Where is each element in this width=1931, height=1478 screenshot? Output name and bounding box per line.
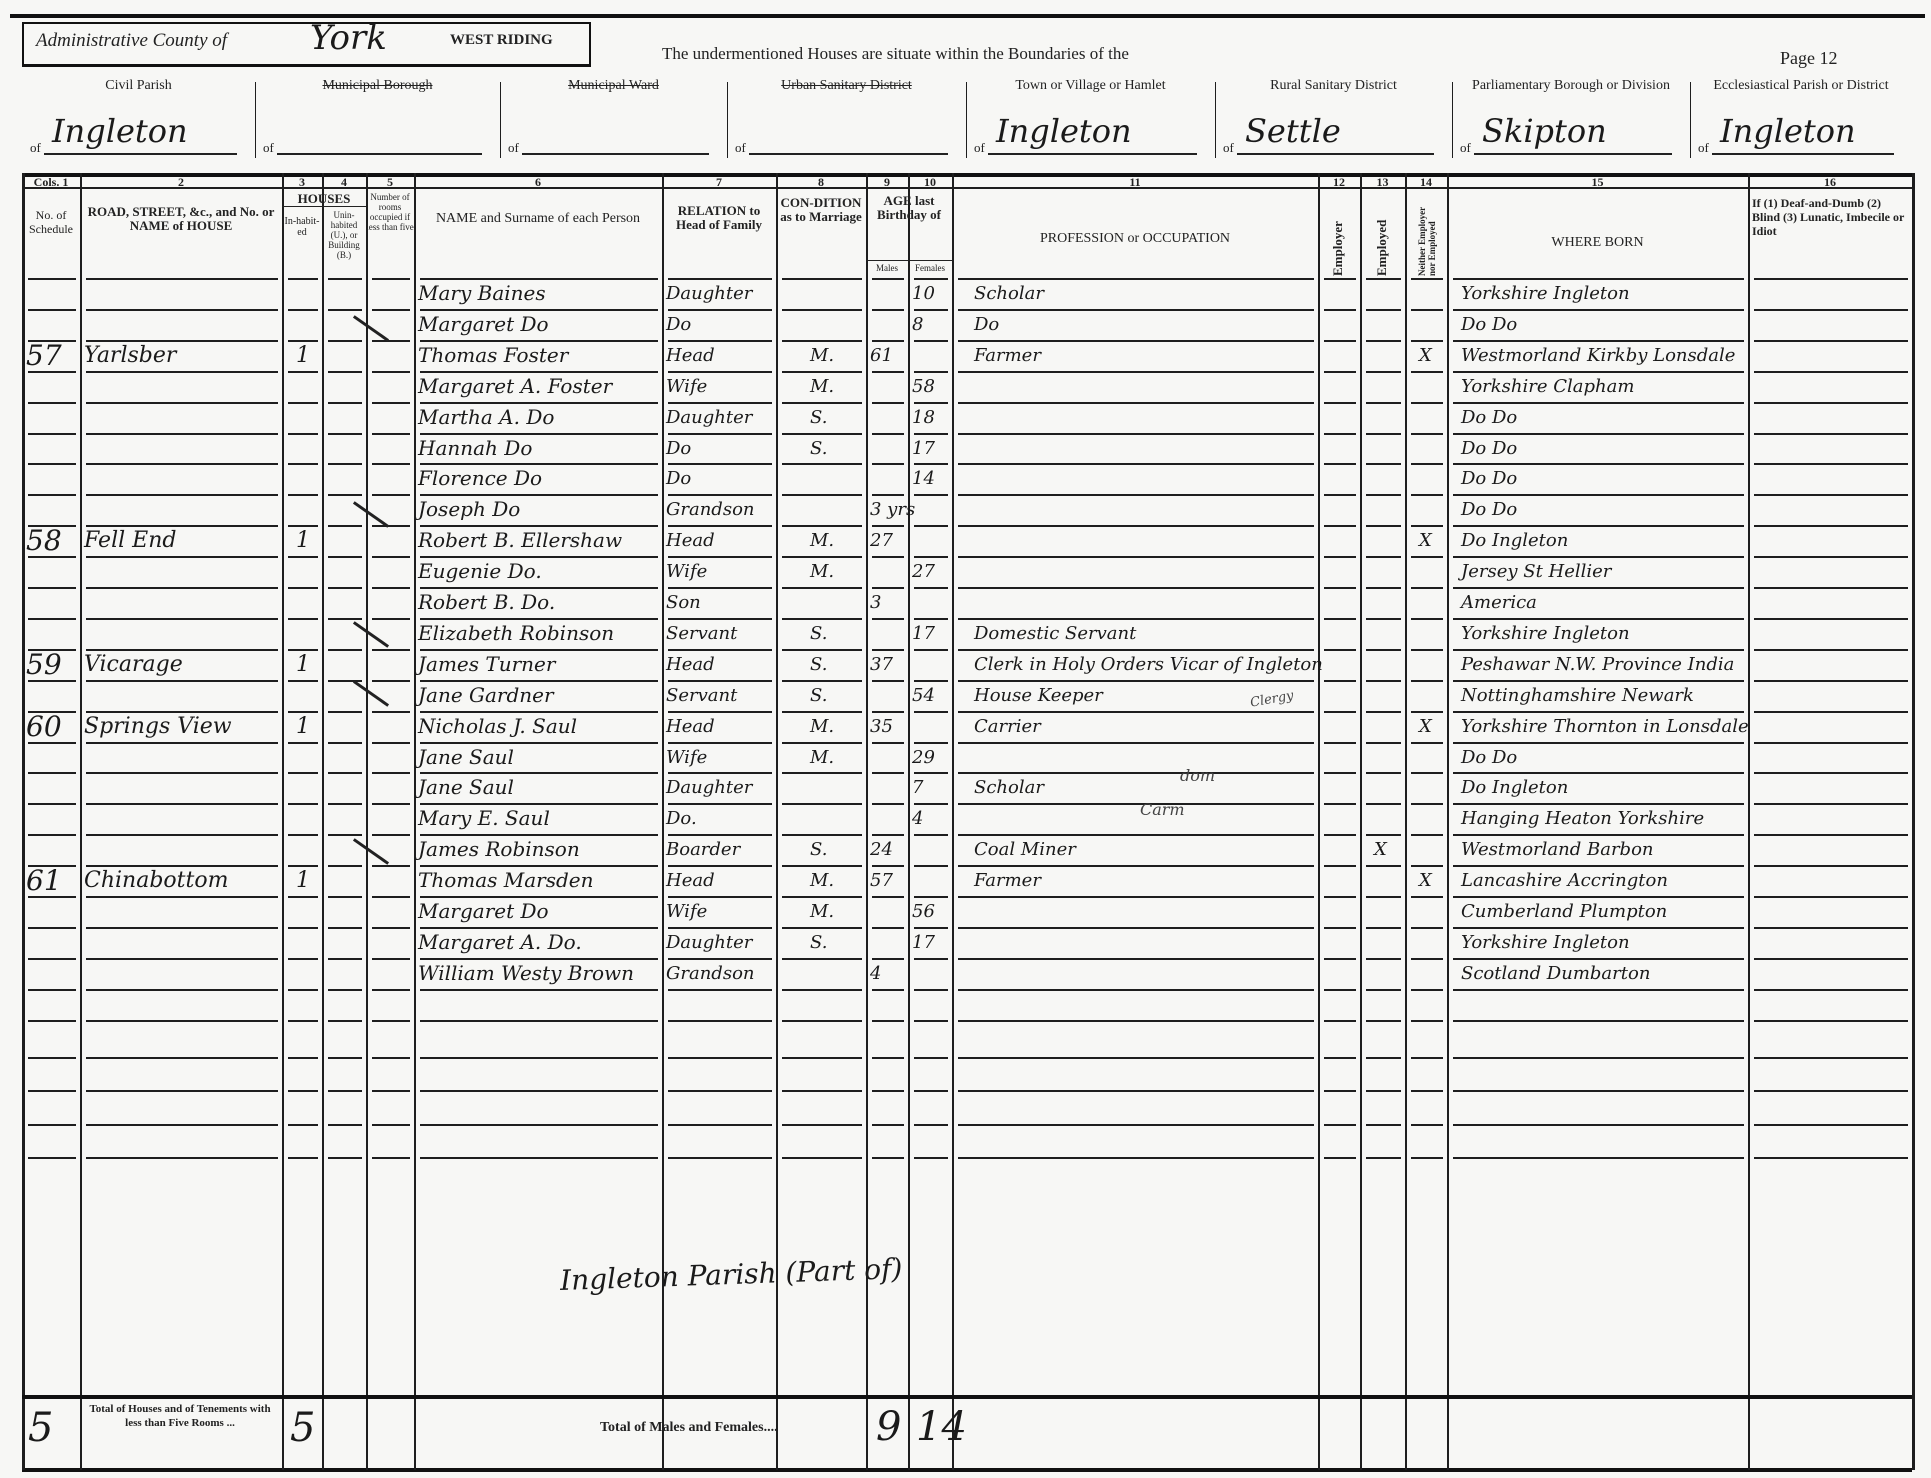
relation: Grandson (666, 958, 755, 989)
birthplace: Jersey St Hellier (1451, 556, 1611, 587)
of-label: of (263, 140, 274, 156)
census-page: Administrative County of York WEST RIDIN… (0, 0, 1931, 1478)
row-rule (668, 1057, 772, 1059)
male-age: 37 (870, 649, 893, 680)
birthplace: Yorkshire Thornton in Lonsdale (1451, 711, 1749, 742)
relation: Grandson (666, 494, 755, 525)
row-rule (328, 989, 362, 991)
row-rule (420, 1124, 658, 1126)
person-name: Margaret Do (418, 896, 549, 927)
column-number: 4 (322, 175, 366, 189)
marital-condition: M. (780, 525, 834, 556)
relation: Do (666, 463, 691, 494)
relation: Do. (666, 803, 697, 834)
row-rule (1453, 1157, 1744, 1159)
birthplace: Nottinghamshire Newark (1451, 680, 1694, 711)
females-total: 14 (916, 1404, 967, 1450)
birthplace: Lancashire Accrington (1451, 865, 1668, 896)
column-number: 2 (80, 175, 282, 189)
birthplace: Yorkshire Clapham (1451, 371, 1634, 402)
row-rule (328, 1090, 362, 1092)
row-rule (1324, 1090, 1356, 1092)
column-number: 13 (1360, 175, 1405, 189)
row-rule (28, 1090, 76, 1092)
row-rule (86, 1090, 278, 1092)
marital-condition: S. (780, 834, 827, 865)
row-rule (1366, 1157, 1401, 1159)
neither-mark: X (1409, 340, 1432, 371)
district-label: Ecclesiastical Parish or District (1690, 78, 1912, 93)
column-header-houses: HOUSES (282, 192, 366, 207)
female-age: 17 (912, 618, 935, 649)
female-age: 8 (912, 309, 923, 340)
birthplace: Yorkshire Ingleton (1451, 618, 1630, 649)
boundaries-intro: The undermentioned Houses are situate wi… (662, 44, 1129, 64)
row-rule (1411, 1124, 1443, 1126)
row-rule (28, 1020, 76, 1022)
table-row: Margaret A. FosterWifeM.58Yorkshire Clap… (0, 371, 1931, 402)
district-label: Town or Village or Hamlet (966, 78, 1215, 93)
inhabited-count: 1 (286, 525, 310, 556)
row-rule (86, 1124, 278, 1126)
occupation: Scholar (956, 772, 1044, 803)
column-header-road: ROAD, STREET, &c., and No. or NAME of HO… (84, 205, 278, 233)
table-row: Jane SaulDaughter7ScholarDo Ingleton (0, 772, 1931, 803)
row-rule (372, 1090, 410, 1092)
row-rule (914, 1090, 948, 1092)
males-total: 9 (876, 1404, 901, 1450)
row-rule (28, 1124, 76, 1126)
occupation: Coal Miner (956, 834, 1076, 865)
birthplace: Do Do (1451, 742, 1517, 773)
row-rule (86, 1157, 278, 1159)
row-rule (782, 1020, 862, 1022)
district-label: Civil Parish (22, 78, 255, 93)
parish-note: Ingleton Parish (Part of) (560, 1252, 903, 1297)
marital-condition: M. (780, 742, 834, 773)
marital-condition: M. (780, 556, 834, 587)
row-rule (1366, 1057, 1401, 1059)
column-number: 16 (1748, 175, 1912, 189)
district-divider (1215, 82, 1216, 158)
row-rule (1366, 1124, 1401, 1126)
row-rule (914, 989, 948, 991)
row-rule (372, 1020, 410, 1022)
marital-condition: S. (780, 433, 827, 464)
person-name: Margaret A. Foster (418, 371, 612, 402)
row-rule (28, 1057, 76, 1059)
table-row: Mary E. SaulDo.4Hanging Heaton Yorkshire (0, 803, 1931, 834)
male-age: 3 yrs (870, 494, 915, 525)
employed-mark: X (1364, 834, 1387, 865)
column-number: 10 (908, 175, 952, 189)
relation: Son (666, 587, 701, 618)
of-label: of (974, 140, 985, 156)
female-age: 7 (912, 772, 923, 803)
row-rule (1754, 1124, 1908, 1126)
birthplace: Westmorland Barbon (1451, 834, 1654, 865)
house-name: Fell End (84, 525, 176, 556)
marital-condition: S. (780, 927, 827, 958)
birthplace: Hanging Heaton Yorkshire (1451, 803, 1704, 834)
table-bottom-border (22, 1468, 1912, 1472)
female-age: 4 (912, 803, 923, 834)
table-row: Margaret A. Do.DaughterS.17Yorkshire Ing… (0, 927, 1931, 958)
row-rule (958, 1157, 1314, 1159)
district-divider (727, 82, 728, 158)
row-rule (288, 989, 318, 991)
column-header-relation: RELATION to Head of Family (662, 204, 776, 232)
admin-county-label: Administrative County of (36, 30, 227, 52)
relation: Daughter (666, 772, 752, 803)
row-rule (1754, 989, 1908, 991)
row-rule (1324, 1057, 1356, 1059)
houses-total: 5 (28, 1405, 53, 1451)
row-rule (420, 1020, 658, 1022)
row-rule (1324, 1020, 1356, 1022)
row-rule (328, 1057, 362, 1059)
district-underline (749, 153, 948, 155)
marital-condition: M. (780, 896, 834, 927)
district-value: Ingleton (996, 112, 1132, 150)
row-rule (1324, 1157, 1356, 1159)
houses-total-label: Total of Houses and of Tenements with le… (82, 1402, 278, 1430)
row-rule (782, 1124, 862, 1126)
table-row: 57Yarlsber1Thomas FosterHeadM.61FarmerXW… (0, 340, 1931, 371)
row-rule (958, 989, 1314, 991)
schedule-number: 61 (26, 865, 62, 896)
birthplace: Yorkshire Ingleton (1451, 927, 1630, 958)
district-divider (255, 82, 256, 158)
table-row: 60Springs View1Nicholas J. SaulHeadM.35C… (0, 711, 1931, 742)
row-rule (1324, 989, 1356, 991)
row-rule (958, 1057, 1314, 1059)
house-name: Vicarage (84, 649, 183, 680)
row-rule (872, 1020, 904, 1022)
row-rule (372, 1124, 410, 1126)
relation: Wife (666, 742, 707, 773)
district-underline (988, 153, 1197, 155)
district-divider (1452, 82, 1453, 158)
row-rule (668, 1124, 772, 1126)
of-label: of (1223, 140, 1234, 156)
row-rule (288, 1124, 318, 1126)
house-name: Chinabottom (84, 865, 228, 896)
column-number: 12 (1318, 175, 1360, 189)
column-header-males: Males (866, 260, 908, 275)
row-rule (1411, 1057, 1443, 1059)
row-rule (288, 1057, 318, 1059)
column-header-age: AGE last Birthday of (866, 194, 952, 222)
birthplace: Do Do (1451, 463, 1517, 494)
birthplace: Cumberland Plumpton (1451, 896, 1667, 927)
row-rule (668, 1020, 772, 1022)
row-rule (420, 1057, 658, 1059)
female-age: 56 (912, 896, 935, 927)
relation: Do (666, 433, 691, 464)
row-rule (28, 1157, 76, 1159)
row-rule (1453, 1090, 1744, 1092)
row-rule (872, 1090, 904, 1092)
occupation: Farmer (956, 865, 1041, 896)
row-rule (668, 989, 772, 991)
district-underline (44, 153, 237, 155)
relation: Boarder (666, 834, 740, 865)
row-rule (1366, 989, 1401, 991)
marital-condition: S. (780, 649, 827, 680)
schedule-number: 57 (26, 340, 62, 371)
row-rule (782, 1057, 862, 1059)
person-name: James Robinson (418, 834, 580, 865)
table-row: Mary BainesDaughter10ScholarYorkshire In… (0, 278, 1931, 309)
birthplace: Do Do (1451, 309, 1517, 340)
person-name: Thomas Foster (418, 340, 568, 371)
district-divider (500, 82, 501, 158)
column-header-neither: Neither Employer nor Employed (1417, 200, 1437, 276)
column-header-condition: CON-DITION as to Marriage (776, 196, 866, 224)
male-age: 35 (870, 711, 893, 742)
table-row: Joseph DoGrandson3 yrsDo Do (0, 494, 1931, 525)
row-rule (86, 1020, 278, 1022)
marital-condition: M. (780, 711, 834, 742)
person-name: Robert B. Do. (418, 587, 555, 618)
birthplace: Westmorland Kirkby Lonsdale (1451, 340, 1735, 371)
table-row: 58Fell End1Robert B. EllershawHeadM.27XD… (0, 525, 1931, 556)
of-label: of (1460, 140, 1471, 156)
person-name: Nicholas J. Saul (418, 711, 577, 742)
male-age: 27 (870, 525, 893, 556)
female-age: 17 (912, 927, 935, 958)
row-rule (86, 1057, 278, 1059)
row-rule (872, 989, 904, 991)
row-rule (372, 1057, 410, 1059)
birthplace: Do Ingleton (1451, 772, 1568, 803)
table-row: 61Chinabottom1Thomas MarsdenHeadM.57Farm… (0, 865, 1931, 896)
column-header-name: NAME and Surname of each Person (424, 212, 652, 226)
row-rule (782, 989, 862, 991)
persons-total-label: Total of Males and Females.... (600, 1420, 778, 1436)
row-rule (668, 1157, 772, 1159)
row-rule (288, 1020, 318, 1022)
relation: Wife (666, 896, 707, 927)
relation: Servant (666, 618, 737, 649)
column-number: 15 (1447, 175, 1748, 189)
district-label: Municipal Borough (255, 78, 500, 93)
column-header-uninhabited: Unin-habited (U.), or Building (B.) (322, 210, 366, 260)
occupation: Clerk in Holy Orders Vicar of Ingleton (956, 649, 1323, 680)
birthplace: Do Do (1451, 433, 1517, 464)
inhabited-count: 1 (286, 711, 310, 742)
male-age: 24 (870, 834, 893, 865)
marital-condition: S. (780, 680, 827, 711)
table-row: 59Vicarage1James TurnerHeadS.37Clerk in … (0, 649, 1931, 680)
male-age: 4 (870, 958, 881, 989)
table-row: Jane SaulWifeM.29Do Do (0, 742, 1931, 773)
row-rule (288, 1157, 318, 1159)
of-label: of (508, 140, 519, 156)
female-age: 14 (912, 463, 935, 494)
row-rule (872, 1057, 904, 1059)
female-age: 29 (912, 742, 935, 773)
district-underline (1237, 153, 1434, 155)
district-divider (1690, 82, 1691, 158)
row-rule (1754, 1020, 1908, 1022)
female-age: 54 (912, 680, 935, 711)
riding-label: WEST RIDING (450, 32, 553, 49)
district-label: Parliamentary Borough or Division (1452, 78, 1690, 93)
row-rule (914, 1124, 948, 1126)
table-row: Margaret DoWifeM.56Cumberland Plumpton (0, 896, 1931, 927)
row-rule (1453, 1020, 1744, 1022)
person-name: Margaret A. Do. (418, 927, 582, 958)
birthplace: Do Do (1451, 402, 1517, 433)
column-header-employer: Employer (1330, 200, 1346, 276)
district-underline (277, 153, 482, 155)
birthplace: Scotland Dumbarton (1451, 958, 1650, 989)
carm-note: Carm (1140, 800, 1185, 819)
district-value: Skipton (1482, 112, 1607, 150)
row-rule (86, 989, 278, 991)
row-rule (1754, 1057, 1908, 1059)
table-row: William Westy BrownGrandson4Scotland Dum… (0, 958, 1931, 989)
person-name: Martha A. Do (418, 402, 554, 433)
relation: Wife (666, 371, 707, 402)
person-name: Margaret Do (418, 309, 549, 340)
district-label: Urban Sanitary District (727, 78, 966, 93)
row-rule (420, 1157, 658, 1159)
neither-mark: X (1409, 711, 1432, 742)
neither-mark: X (1409, 865, 1432, 896)
person-name: Mary Baines (418, 278, 546, 309)
district-divider (966, 82, 967, 158)
row-rule (872, 1157, 904, 1159)
marital-condition: M. (780, 340, 834, 371)
person-name: Florence Do (418, 463, 542, 494)
column-header-infirmity: If (1) Deaf-and-Dumb (2) Blind (3) Lunat… (1752, 196, 1908, 238)
district-label: Rural Sanitary District (1215, 78, 1452, 93)
birthplace: Do Do (1451, 494, 1517, 525)
column-number: 8 (776, 175, 866, 189)
row-rule (782, 1157, 862, 1159)
marital-condition: M. (780, 865, 834, 896)
relation: Daughter (666, 927, 752, 958)
row-rule (872, 1124, 904, 1126)
admin-county-value: York (310, 18, 387, 58)
district-value: Ingleton (52, 112, 188, 150)
birthplace: Yorkshire Ingleton (1451, 278, 1630, 309)
marital-condition: M. (780, 371, 834, 402)
marital-condition: S. (780, 618, 827, 649)
person-name: Eugenie Do. (418, 556, 542, 587)
row-rule (914, 1157, 948, 1159)
row-rule (782, 1090, 862, 1092)
column-number: 14 (1405, 175, 1447, 189)
person-name: James Turner (418, 649, 555, 680)
relation: Head (666, 649, 715, 680)
relation: Head (666, 711, 715, 742)
column-header-schedule: No. of Schedule (22, 208, 80, 236)
of-label: of (1698, 140, 1709, 156)
row-rule (288, 1090, 318, 1092)
row-rule (1324, 1124, 1356, 1126)
row-rule (1453, 989, 1744, 991)
district-underline (1474, 153, 1672, 155)
row-rule (1411, 1090, 1443, 1092)
of-label: of (735, 140, 746, 156)
district-value: Settle (1245, 112, 1341, 150)
row-rule (1754, 1157, 1908, 1159)
table-row: Jane GardnerServantS.54House KeeperNotti… (0, 680, 1931, 711)
row-rule (328, 1157, 362, 1159)
marital-condition: S. (780, 402, 827, 433)
person-name: William Westy Brown (418, 958, 634, 989)
occupation: House Keeper (956, 680, 1103, 711)
column-number: Cols. 1 (22, 175, 80, 189)
row-rule (1411, 1020, 1443, 1022)
column-number: 7 (662, 175, 776, 189)
female-age: 10 (912, 278, 935, 309)
row-rule (328, 1020, 362, 1022)
row-rule (1453, 1124, 1744, 1126)
row-rule (328, 1124, 362, 1126)
inhabited-count: 1 (286, 649, 310, 680)
female-age: 27 (912, 556, 935, 587)
column-header-inhabited: In-habit-ed (282, 216, 322, 238)
row-rule (958, 1090, 1314, 1092)
column-header-employed: Employed (1374, 200, 1390, 276)
occupation: Domestic Servant (956, 618, 1136, 649)
page-number: Page 12 (1780, 48, 1838, 69)
row-rule (1754, 1090, 1908, 1092)
district-underline (1712, 153, 1894, 155)
birthplace: Peshawar N.W. Province India (1451, 649, 1734, 680)
table-row: Eugenie Do.WifeM.27Jersey St Hellier (0, 556, 1931, 587)
dom-note: dom (1180, 766, 1215, 785)
table-row: James RobinsonBoarderS.24Coal MinerXWest… (0, 834, 1931, 865)
inhabited-count: 1 (286, 865, 310, 896)
person-name: Elizabeth Robinson (418, 618, 614, 649)
table-row: Martha A. DoDaughterS.18Do Do (0, 402, 1931, 433)
relation: Daughter (666, 278, 752, 309)
district-label: Municipal Ward (500, 78, 727, 93)
table-row: Elizabeth RobinsonServantS.17Domestic Se… (0, 618, 1931, 649)
footer-divider (22, 1395, 1912, 1399)
relation: Wife (666, 556, 707, 587)
occupation: Farmer (956, 340, 1041, 371)
birthplace: America (1451, 587, 1537, 618)
house-name: Springs View (84, 711, 232, 742)
house-name: Yarlsber (84, 340, 176, 371)
row-rule (372, 1157, 410, 1159)
table-row: Hannah DoDoS.17Do Do (0, 433, 1931, 464)
row-rule (958, 1124, 1314, 1126)
person-name: Thomas Marsden (418, 865, 594, 896)
column-number: 3 (282, 175, 322, 189)
column-header-born: WHERE BORN (1447, 236, 1748, 250)
row-rule (1366, 1020, 1401, 1022)
row-rule (958, 1020, 1314, 1022)
person-name: Mary E. Saul (418, 803, 550, 834)
row-rule (668, 1090, 772, 1092)
relation: Head (666, 340, 715, 371)
birthplace: Do Ingleton (1451, 525, 1568, 556)
person-name: Joseph Do (418, 494, 520, 525)
tenements-total: 5 (290, 1405, 315, 1451)
row-rule (420, 1090, 658, 1092)
column-number: 6 (414, 175, 662, 189)
column-number: 9 (866, 175, 908, 189)
schedule-number: 59 (26, 649, 62, 680)
